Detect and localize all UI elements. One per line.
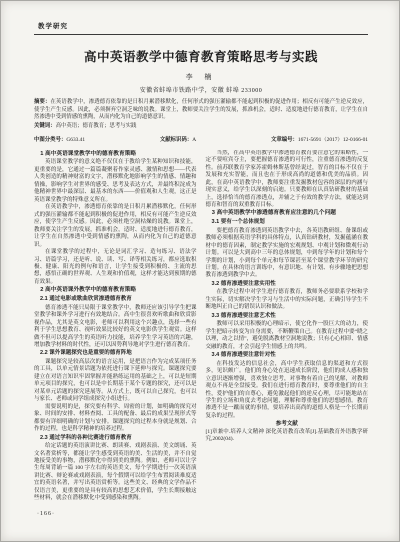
reference-item: [1]章兼中.培养人文精神 深化英语教育改革[J].基础教育外语教学研究,200… <box>206 429 369 444</box>
paragraph: 在英语教学中，渗透德育依靠的是日积月累潜移默化，任何形式的强压灌输都不能起到积极… <box>34 204 197 249</box>
column-header-label: 教学研究 <box>34 21 368 35</box>
paragraph: 在教学过程中对学生进行德育教育，教师务必要联系学校和学生实际，切实解决学生学习与… <box>206 289 369 311</box>
classification-row: 中图分类号：G633.41 文献标识码：A 文章编号：1671-5691（201… <box>34 135 368 143</box>
author-affiliation: 安徽省蚌埠市铁路中学，安徽 蚌埠 233000 <box>34 85 368 94</box>
article-id: 文章编号：1671-5691（2017）12-0166-01 <box>271 135 368 143</box>
paragraph: 课题探究是较高层次的语言运用，是把语言作为完成某项任务的工具，以单元情景话题为依… <box>34 359 197 404</box>
paragraph: 德育渗透不能只局限于课堂教学中，教师还应该引导学生把课堂教学和课外学习进行有效地… <box>34 305 197 350</box>
document-code: 文献标识码：A <box>160 135 196 143</box>
paragraph: 英语课堂教学的意义绝不仅仅在于教给学生某种知识和技能，更重要的是，它通过一篇篇凝… <box>34 159 197 204</box>
subsection-heading: 3.2 德育渗透要注意实用性 <box>206 281 369 288</box>
references-heading: 参考文献 <box>206 421 369 428</box>
paragraph: 在课堂教学的过程中，无论是词汇学习、造句练习、语法学习、语篇学习，还是听、说、读… <box>34 249 197 286</box>
article-body: 1 高中英语课堂教学中的德育教育策略英语课堂教学的意义绝不仅仅在于教给学生某种知… <box>34 150 368 516</box>
section-heading: 2 高中英语课外教学中的德育教育策略 <box>34 287 197 295</box>
subsection-heading: 2.3 通过学科的各种比赛进行德育教育 <box>34 435 197 442</box>
page-number: ·166· <box>37 511 55 517</box>
subsection-heading: 2.1 通过电影或歌曲欣赏渗透德育教育 <box>34 296 197 303</box>
abstract-label: 摘要： <box>34 99 50 105</box>
subsection-heading: 3.1 要有一个总体规划 <box>206 219 369 226</box>
section-heading: 1 高中英语课堂教学中的德育教育策略 <box>34 151 197 159</box>
subsection-heading: 3.4 德育渗透要注意针对性 <box>206 352 369 359</box>
journal-page: 教学研究 高中英语教学中德育教育策略思考与实践 李 楠 安徽省蚌埠市铁路中学，安… <box>0 0 400 542</box>
paragraph: 给定话题的英语演讲比赛、朗读赛、戏剧表演、美文朗诵、英文名著赏析等，都能让学生感… <box>34 443 197 503</box>
paragraph: 当然，在高中英语教学中渗透德育教育要注意它的策略性，一定不要喧宾夺主，要把握德育… <box>206 150 369 210</box>
author-name: 李 楠 <box>34 72 368 82</box>
keywords-text: 高中英语；德育教育；思考与实践 <box>56 123 137 129</box>
subsection-heading: 2.2 课外课题探究也是重要的德育阵地 <box>34 350 197 357</box>
paragraph: 需要说明的是，探究要有科学、周密的计划，如明确的探究对象、时间的安排、材料查阅、… <box>34 404 197 434</box>
paragraph: 要把德育教育渗透到英语教学中去，各英语教研组、备课组或教师必须根据英语学科的具体… <box>206 228 369 280</box>
clc-number: 中图分类号：G633.41 <box>34 135 85 143</box>
section-heading: 3 高中英语教学中渗透德育教育应注意的几个问题 <box>206 210 369 218</box>
abstract-block: 摘要：在英语教学中，渗透德育依靠的是日积月累潜移默化，任何形式的强压灌输都不能起… <box>34 99 368 122</box>
keywords-block: 关键词：高中英语；德育教育；思考与实践 <box>34 123 368 131</box>
abstract-text: 在英语教学中，渗透德育依靠的是日积月累潜移默化，任何形式的强压灌输都不能起到积极… <box>34 99 368 120</box>
paragraph: 教师可以采用积极的心理暗示，使它化作一股巨大的动力，使学生把暗示转变为自身需要，… <box>206 321 369 351</box>
page-content: 教学研究 高中英语教学中德育教育策略思考与实践 李 楠 安徽省蚌埠市铁路中学，安… <box>34 21 368 516</box>
subsection-heading: 3.3 德育渗透要注意艺术性 <box>206 313 369 320</box>
article-title: 高中英语教学中德育教育策略思考与实践 <box>34 47 368 65</box>
keywords-label: 关键词： <box>34 123 56 129</box>
paragraph: 在科技发达的信息社会，高中学生获取信息的渠道和方式很多，见识颇广。他们的身心处在… <box>206 361 369 421</box>
